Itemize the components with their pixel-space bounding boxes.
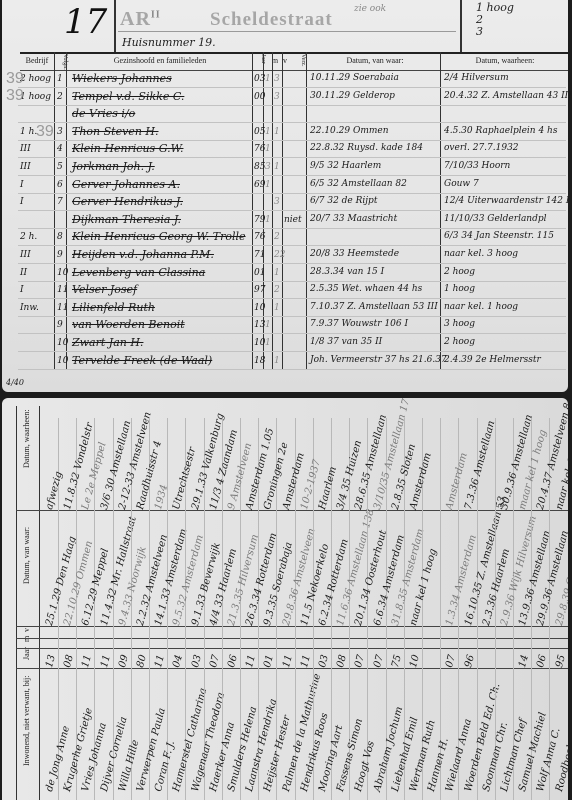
cell-year: 11 [80,654,94,669]
cell-van-waar: 30.11.29 Gelderop [310,91,395,101]
cell-bedrijf: III [20,162,31,172]
col-waarheen: Datum, waarheen: [22,409,31,468]
cell-name: Tervelde Freek (de Waal) [72,354,212,367]
cell-m: 1 [265,144,271,154]
cell-year: 11 [99,654,113,669]
cell-van-waar: Joh. Vermeerstr 37 hs 21.6.37 [310,355,447,365]
cell-van-waar: 20/8 33 Heemstede [310,249,399,259]
cell-waarheen: naar kel. 3 hoog [444,249,518,259]
cell-waarheen: 7.3.36 Amstellaan [463,420,497,511]
cell-waarheen: 20.4.32 Z. Amstellaan 43 III [444,91,572,101]
cell-name: Wiekers Johannes [72,72,172,85]
cell-m: 1 [265,338,271,348]
cell-van-waar: 6/5 32 Amstellaan 82 [310,179,407,189]
cell-volgno: 1 [57,74,63,84]
cell-bedrijf: III [20,250,31,260]
col-divider [16,668,568,669]
cell-waarheen: 3 hoog [444,319,475,329]
cell-name: Klein Henricus Georg W. Trolle [72,230,246,243]
street-code: ARII [120,8,161,31]
floors-box: 1 hoog 2 3 [462,0,568,52]
cell-year: 97 [254,285,265,295]
cell-year: 06 [226,654,240,669]
cell-v: 3 [274,92,280,102]
row-rule [18,140,566,141]
cell-v: 1 [274,162,280,172]
cell-v: 22 [274,250,285,260]
cell-van-waar: 6/7 32 de Rijpt [310,196,377,206]
cell-bedrijf: 2 h. [20,232,37,242]
cell-name: Tempel v.d. Sikke C. [72,90,184,103]
cell-v: 2 [274,285,280,295]
cell-m: 1 [265,180,271,190]
cell-volgno: 11 [57,303,68,313]
cell-bedrijf: I [20,197,24,207]
card-number-box: 17 [2,0,116,52]
cell-year: 03 [254,74,265,84]
cell-bedrijf: II [20,268,27,278]
cell-year: 01 [254,268,265,278]
stamp: 39 [6,70,24,88]
cell-name: Thon Steven H. [72,125,159,138]
header-rule [118,31,456,32]
cell-volgno: 3 [57,127,63,137]
cell-volgno: 6 [57,180,63,190]
cell-bedrijf: Inw. [20,303,39,313]
cell-bedrijf: 2 hoog [20,74,51,84]
col-van-waar: Datum, van waar: [310,56,440,65]
cell-year: 07 [208,654,222,669]
cell-van-waar: 2.5.35 Wet. whaen 44 hs [310,284,422,294]
cell-v: 1 [274,127,280,137]
cell-v: 3 [274,197,280,207]
cell-year: 03 [317,654,331,669]
cell-year: 09 [117,654,131,669]
col-waarheen: Datum, waarheen: [442,56,568,65]
cell-waarheen: naar kel. 1 hoog [444,302,518,312]
cell-year: 08 [335,654,349,669]
cell-year: 79 [254,215,265,225]
cell-m: 1 [265,215,271,225]
cell-van-waar: 1/8 37 van 35 II [310,337,382,347]
street-note: zie ook [354,4,386,14]
cell-waarheen: 2.4.39 2e Helmersstr [444,355,541,365]
cell-waarheen: 4.5.30 Raphaelplein 4 hs [444,126,557,136]
cell-year: 10 [254,303,265,313]
col-divider [16,510,568,511]
street-name: Scheldestraat [210,9,333,31]
street-header: ARII Scheldestraat zie ook Huisnummer 19… [114,0,462,52]
cell-year: 11 [153,654,167,669]
cell-name: Klein Henricus G.W. [72,142,183,155]
cell-name: van Woerden Benoit [72,318,185,331]
cell-volgno: 10 [57,338,68,348]
cell-year: 10 [408,654,422,669]
row-rule [18,157,566,158]
cell-waarheen: 12/4 Uiterwaardenstr 142 I [444,196,569,206]
cell-volgno: 8 [57,232,63,242]
cell-year: 03 [190,654,204,669]
cell-year: 04 [171,654,185,669]
cell-year: 13 [254,320,265,330]
cell-waarheen: 11/10/33 Gelderlandpl [444,214,547,224]
cell-m: 3 [265,162,271,172]
cell-waarheen: overl. 27.7.1932 [444,143,519,153]
cell-year: 05 [254,127,265,137]
cell-year: 71 [254,250,265,260]
cell-volgno: 4 [57,144,63,154]
floors-note: 1 hoog 2 3 [476,2,514,38]
cell-name: Jorkman Joh. J. [72,160,155,173]
cell-bedrijf: I [20,285,24,295]
cell-name: Zwart Jan H. [72,336,143,349]
cell-year: 13 [44,654,58,669]
cell-year: 07 [372,654,386,669]
house-number: Huisnummer 19. [122,36,216,49]
cell-year: 06 [535,654,549,669]
cell-volgno: 10 [57,268,68,278]
col-divider [16,638,568,639]
cell-name: Heijden v.d. Johanna P.M. [72,248,214,261]
cell-volgno: 9 [57,320,63,330]
cell-year: 07 [353,654,367,669]
cell-van-waar: 7.9.37 Wouwstr 106 I [310,319,408,329]
row-rule [18,175,566,176]
col-verz: Verz. [292,54,306,67]
cell-v: 1 [274,356,280,366]
col-divider [16,626,568,627]
stamp: 39 [6,87,24,105]
cell-year: 11 [299,654,313,669]
cell-year: 10 [254,338,265,348]
cell-name: Gerver Hendrikus J. [72,195,183,208]
cell-waarheen: 6/3 34 Jan Steenstr. 115 [444,231,554,241]
cell-volgno: 11 [57,285,68,295]
cell-verz: niet [284,215,302,225]
row-rule [18,193,566,194]
cell-van-waar: 20/7 33 Maastricht [310,214,397,224]
cell-name: Dijkman Theresia J. [72,213,181,226]
cell-volgno: 10 [57,356,68,366]
row-rule [18,228,566,229]
col-v: v [22,628,31,632]
cell-year: 76 [254,144,265,154]
cell-v: 2 [274,232,280,242]
col-inwonend: Inwonend, niet verwant, bij: [22,676,31,766]
cell-year: 11 [281,654,295,669]
cell-year: 95 [554,654,568,669]
cell-v: 1 [274,303,280,313]
cell-m: 1 [265,74,271,84]
row-rule [18,87,566,88]
registry-card-back: Inwonend, niet verwant, bij: Jaar m v Da… [2,398,568,800]
cell-bedrijf: 1 hoog [20,92,51,102]
row-rule [18,316,566,317]
cell-v: 3 [274,74,280,84]
cell-year: 18 [254,356,265,366]
col-jaar: Jaar [256,54,266,64]
cell-waarheen: 1 hoog [444,284,475,294]
row-rule [18,105,566,106]
cell-van-waar: 22.8.32 Ruysd. kade 184 [310,143,423,153]
row-rule [18,245,566,246]
col-divider [16,648,568,649]
cell-volgno: 9 [57,250,63,260]
cell-waarheen: 2/4 Hilversum [444,73,509,83]
cell-waarheen: 2 hoog [444,267,475,277]
cell-year: 75 [390,654,404,669]
cell-year: 07 [444,654,458,669]
col-jaar: Jaar [22,647,31,660]
stamp: 39 [36,123,54,141]
cell-m: 1 [265,127,271,137]
cell-van-waar: 7.10.37 Z. Amstellaan 53 III [310,302,438,312]
col-bedrijf: Bedrijf [20,56,54,65]
cell-year: 69 [254,180,265,190]
row-rule [18,281,566,282]
cell-name: Levenberg van Classina [72,266,205,279]
cell-bedrijf: I [20,180,24,190]
cell-van-waar: 10.11.29 Soerabaia [310,73,399,83]
cell-volgno: 5 [57,162,63,172]
cell-waarheen: 7/10/33 Hoorn [444,161,510,171]
col-gezinshoofd: Gezinshoofd en familieleden [70,56,250,65]
cell-name: Lilienfeld Ruth [72,301,155,314]
cell-year: 80 [135,654,149,669]
cell-van-waar: 28.3.34 van 15 I [310,267,384,277]
cell-year: 01 [262,654,276,669]
cell-bedrijf: III [20,144,31,154]
cell-volgno: 2 [57,92,63,102]
row-rule [18,122,566,123]
cell-year: 08 [62,654,76,669]
cell-year: 00 [254,92,265,102]
cell-name: de Vries i/o [72,107,135,120]
row-rule [18,369,566,370]
cell-v: 1 [274,268,280,278]
row-rule [18,298,566,299]
table-header: Bedrijf Volgn. Gezinshoofd en familieled… [20,52,568,71]
row-rule [18,333,566,334]
cell-year: 76 [254,232,265,242]
corner-note: 4/40 [6,378,24,387]
cell-year: 11 [244,654,258,669]
row-rule [18,263,566,264]
cell-year: 14 [517,654,531,669]
cell-van-waar: 22.10.29 Ommen [310,126,389,136]
cell-van-waar: 9/5 32 Haarlem [310,161,381,171]
cell-year: 96 [463,654,477,669]
cell-year: 85 [254,162,265,172]
cell-volgno: 7 [57,197,63,207]
card-number: 17 [64,2,107,42]
cell-waarheen: Gouw 7 [444,179,479,189]
cell-name: Gerver Johannes A. [72,178,180,191]
col-van-waar: Datum, van waar: [22,527,31,584]
cell-waarheen: 2 hoog [444,337,475,347]
cell-name: Velser Josef [72,283,137,296]
cell-m: 1 [265,320,271,330]
row-rule [18,210,566,211]
row-rule [18,351,566,352]
cell-bedrijf: 1 h. [20,127,37,137]
